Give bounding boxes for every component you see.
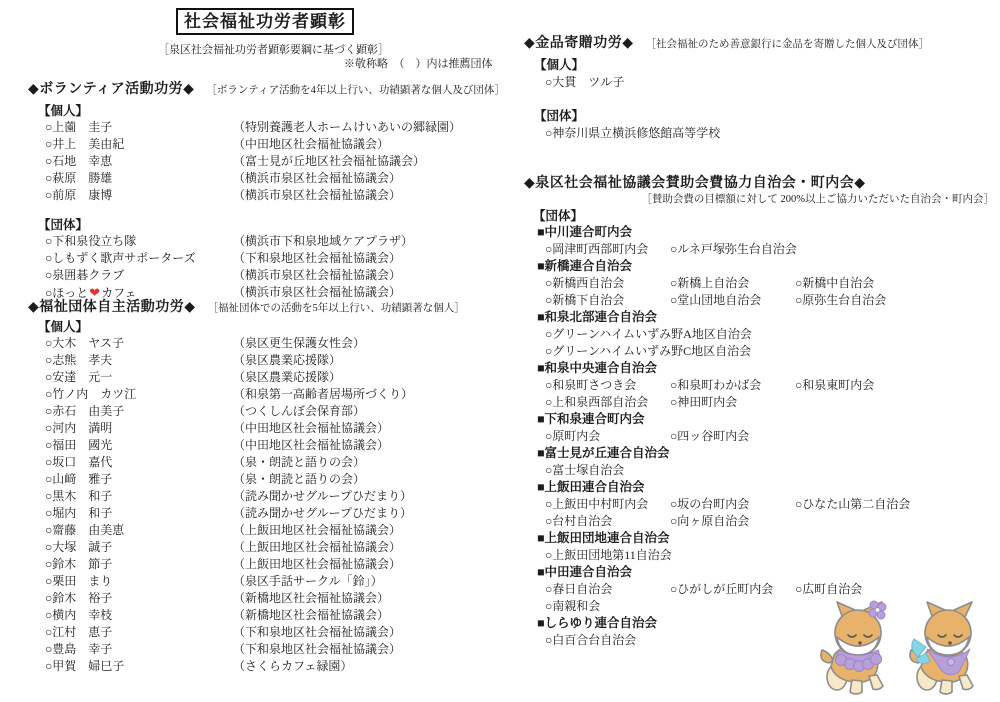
council-name: ○南親和会 <box>545 598 670 615</box>
awardee-row: ○泉囲碁クラブ （横浜市泉区社会福祉協議会） <box>45 267 478 284</box>
recommending-org: （泉・朗読と語りの会） <box>233 471 365 488</box>
council-name: ○ひがしが丘町内会 <box>670 581 795 598</box>
recommending-org: （さくらカフェ緑園） <box>233 658 352 675</box>
recommending-org: （新橋地区社会福祉協議会） <box>233 607 389 624</box>
awardee-name: ○上薗 圭子 <box>45 119 233 136</box>
recommending-org: （横浜市泉区社会福祉協議会） <box>233 267 401 284</box>
awardee-row: ○鈴木 節子 （上飯田地区社会福祉協議会） <box>45 556 478 573</box>
awardee-name: ○竹ノ内 カツ江 <box>45 386 233 403</box>
awardee-row: ○江村 恵子 （下和泉地区社会福祉協議会） <box>45 624 478 641</box>
recommending-org: （下和泉地区社会福祉協議会） <box>233 641 401 658</box>
recommending-org: （和泉第一高齢者居場所づくり） <box>233 386 413 403</box>
volunteer-group-list: ○下和泉役立ち隊 （横浜市下和泉地域ケアプラザ） ○しもずく歌声サポーターズ （… <box>28 233 478 302</box>
council-name: ○ひなた山第二自治会 <box>795 496 920 513</box>
awardee-row: ○堀内 和子 （読み聞かせグループひだまり） <box>45 505 478 522</box>
council-name: ■中川連合町内会 <box>537 224 638 241</box>
council-name: ○新橋下自治会 <box>545 292 670 309</box>
council-name: ○岡津町西部町内会 <box>545 241 670 258</box>
council-name: ○新橋西自治会 <box>545 275 670 292</box>
recommending-org: （読み聞かせグループひだまり） <box>233 505 412 522</box>
group-name-text: ○泉囲碁クラブ <box>45 268 124 282</box>
awardee-name: ○大塚 誠子 <box>45 539 233 556</box>
awardee-name: ○福田 國光 <box>45 437 233 454</box>
council-name: ○春日自治会 <box>545 581 670 598</box>
awardee-group-name: ○神奈川県立横浜修悠館高等学校 <box>545 125 994 142</box>
recommending-org: （読み聞かせグループひだまり） <box>233 488 412 505</box>
recommending-org: （下和泉地区社会福祉協議会） <box>233 624 401 641</box>
group-name-text: ○しもずく歌声サポーターズ <box>45 251 196 265</box>
awardee-row: ○山﨑 雅子 （泉・朗読と語りの会） <box>45 471 478 488</box>
awardee-row: ○赤石 由美子 （つくしんぼ会保育部） <box>45 403 478 420</box>
support-line: ■下和泉連合町内会 <box>537 411 994 428</box>
awardee-name: ○安達 元一 <box>45 369 233 386</box>
council-name: ○四ッ谷町内会 <box>670 428 795 445</box>
group-name-text: ○下和泉役立ち隊 <box>45 234 136 248</box>
awardee-name: ○坂口 嘉代 <box>45 454 233 471</box>
support-line: ○台村自治会 ○向ヶ原自治会 <box>545 513 994 530</box>
group-category-label: 【団体】 <box>534 108 994 124</box>
support-section-heading: ◆泉区社会福祉協議会賛助会費協力自治会・町内会◆ <box>524 172 994 190</box>
awardee-row: ○齋藤 由美恵 （上飯田地区社会福祉協議会） <box>45 522 478 539</box>
council-name: ○新橋上自治会 <box>670 275 795 292</box>
council-name: ○グリーンハイムいずみ野A地区自治会 <box>545 326 758 343</box>
awardee-row: ○福田 國光 （中田地区社会福祉協議会） <box>45 437 478 454</box>
support-line: ■富士見が丘連合自治会 <box>537 445 994 462</box>
council-name: ■中田連合自治会 <box>537 564 638 581</box>
awardee-name: ○鈴木 裕子 <box>45 590 233 607</box>
awardee-name: ○志熊 孝夫 <box>45 352 233 369</box>
council-name: ○原町内会 <box>545 428 670 445</box>
awardee-group-name: ○しもずく歌声サポーターズ <box>45 250 233 267</box>
recommending-org: （泉区手話サークル「鈴」） <box>233 573 383 590</box>
section-criteria-note: ［社会福祉のため善意銀行に金品を寄贈した個人及び団体］ <box>646 36 930 51</box>
individual-category-label: 【個人】 <box>38 103 478 119</box>
support-line: ○グリーンハイムいずみ野A地区自治会 <box>545 326 994 343</box>
support-council-list: ■中川連合町内会 ○岡津町西部町内会 ○ルネ戸塚弥生台自治会 ■新橋連合自治会 <box>524 224 994 649</box>
council-name: ○上飯田団地第11自治会 <box>545 547 678 564</box>
welfare-section: ◆福祉団体自主活動功労◆ ［福祉団体での活動を5年以上行い、功績顕著な個人］ 【… <box>28 296 478 675</box>
recommending-org: （中田地区社会福祉協議会） <box>233 420 389 437</box>
page-title: 社会福祉功労者顕彰 <box>176 8 354 35</box>
council-name: ■和泉中央連合自治会 <box>537 360 663 377</box>
council-name: ○新橋中自治会 <box>795 275 920 292</box>
awardee-name: ○栗田 まり <box>45 573 233 590</box>
council-name: ○向ヶ原自治会 <box>670 513 795 530</box>
awardee-name: ○黒木 和子 <box>45 488 233 505</box>
awardee-row: ○河内 満明 （中田地区社会福祉協議会） <box>45 420 478 437</box>
recommending-org: （新橋地区社会福祉協議会） <box>233 590 389 607</box>
awardee-row: ○志熊 孝夫 （泉区農業応援隊） <box>45 352 478 369</box>
section-title: ◆福祉団体自主活動功労◆ <box>28 296 196 316</box>
recommending-org: （上飯田地区社会福祉協議会） <box>233 539 401 556</box>
awardee-name: ○豊島 幸子 <box>45 641 233 658</box>
awardee-name: ○石地 幸恵 <box>45 153 233 170</box>
council-name: ○原弥生台自治会 <box>795 292 920 309</box>
volunteer-section: ◆ボランティア活動功労◆ ［ボランティア活動を4年以上行い、功績顕著な個人及び団… <box>28 78 478 302</box>
support-line: ■上飯田団地連合自治会 <box>537 530 994 547</box>
awardee-row: ○大塚 誠子 （上飯田地区社会福祉協議会） <box>45 539 478 556</box>
council-name: ■しらゆり連合自治会 <box>537 615 663 632</box>
recommending-org: （泉・朗読と語りの会） <box>233 454 365 471</box>
awardee-name: ○赤石 由美子 <box>45 403 233 420</box>
recommending-org: （横浜市下和泉地域ケアプラザ） <box>233 233 413 250</box>
recommending-org: （横浜市泉区社会福祉協議会） <box>233 187 401 204</box>
awardee-name: ○萩原 勝雄 <box>45 170 233 187</box>
individual-category-label: 【個人】 <box>38 319 478 335</box>
recommending-org: （泉区農業応援隊） <box>233 369 341 386</box>
support-line: ■和泉北部連合自治会 <box>537 309 994 326</box>
council-name: ○富士塚自治会 <box>545 462 670 479</box>
awardee-name: ○前原 康博 <box>45 187 233 204</box>
recommending-org: （泉区農業応援隊） <box>233 352 341 369</box>
shiba-puppy-with-bandana-icon <box>904 597 992 697</box>
recommending-org: （泉区更生保護女性会） <box>233 335 365 352</box>
support-line: ○上飯田団地第11自治会 <box>545 547 994 564</box>
awardee-row: ○下和泉役立ち隊 （横浜市下和泉地域ケアプラザ） <box>45 233 478 250</box>
donation-section-heading: ◆金品寄贈功労◆ ［社会福祉のため善意銀行に金品を寄贈した個人及び団体］ <box>524 32 994 50</box>
council-name: ○上和泉西部自治会 <box>545 394 670 411</box>
awardee-row: ○竹ノ内 カツ江 （和泉第一高齢者居場所づくり） <box>45 386 478 403</box>
support-line: ○グリーンハイムいずみ野C地区自治会 <box>545 343 994 360</box>
council-name: ○和泉町さつき会 <box>545 377 670 394</box>
support-section: ◆泉区社会福祉協議会賛助会費協力自治会・町内会◆ ［賛助会費の目標額に対して 2… <box>524 172 994 649</box>
donation-section: ◆金品寄贈功労◆ ［社会福祉のため善意銀行に金品を寄贈した個人及び団体］ 【個人… <box>524 32 994 142</box>
awardee-name: ○横内 幸枝 <box>45 607 233 624</box>
council-name: ○神田町内会 <box>670 394 795 411</box>
council-name: ○グリーンハイムいずみ野C地区自治会 <box>545 343 757 360</box>
group-category-label: 【団体】 <box>38 217 478 233</box>
awardee-row: ○栗田 まり （泉区手話サークル「鈴」） <box>45 573 478 590</box>
awardee-row: ○安達 元一 （泉区農業応援隊） <box>45 369 478 386</box>
awardee-name: ○江村 恵子 <box>45 624 233 641</box>
recommending-org: （上飯田地区社会福祉協議会） <box>233 522 401 539</box>
awardee-row: ○萩原 勝雄 （横浜市泉区社会福祉協議会） <box>45 170 478 187</box>
council-name: ○和泉町わかば会 <box>670 377 795 394</box>
recommending-org: （下和泉地区社会福祉協議会） <box>233 250 401 267</box>
council-name: ○ルネ戸塚弥生台自治会 <box>670 241 803 258</box>
awardee-row: ○豊島 幸子 （下和泉地区社会福祉協議会） <box>45 641 478 658</box>
recommending-org: （特別養護老人ホームけいあいの郷緑園） <box>233 119 461 136</box>
council-name: ■上飯田連合自治会 <box>537 479 651 496</box>
awardee-name: ○大木 ヤス子 <box>45 335 233 352</box>
support-line: ○和泉町さつき会 ○和泉町わかば会 ○和泉東町内会 <box>545 377 994 394</box>
welfare-section-heading: ◆福祉団体自主活動功労◆ ［福祉団体での活動を5年以上行い、功績顕著な個人］ <box>28 296 478 314</box>
award-document-page: 社会福祉功労者顕彰 ［泉区社会福祉功労者顕彰要綱に基づく顕彰］ ※敬称略 （ ）… <box>0 0 1000 702</box>
awardee-name: ○堀内 和子 <box>45 505 233 522</box>
awardee-row: ○前原 康博 （横浜市泉区社会福祉協議会） <box>45 187 478 204</box>
volunteer-individual-list: ○上薗 圭子 （特別養護老人ホームけいあいの郷緑園） ○井上 美由紀 （中田地区… <box>28 119 478 204</box>
awardee-name: ○齋藤 由美恵 <box>45 522 233 539</box>
awardee-row: ○横内 幸枝 （新橋地区社会福祉協議会） <box>45 607 478 624</box>
council-name: ■下和泉連合町内会 <box>537 411 651 428</box>
section-title: ◆泉区社会福祉協議会賛助会費協力自治会・町内会◆ <box>524 172 866 192</box>
support-line: ■中川連合町内会 <box>537 224 994 241</box>
council-name: ■富士見が丘連合自治会 <box>537 445 676 462</box>
awardee-name: ○河内 満明 <box>45 420 233 437</box>
awardee-name: ○鈴木 節子 <box>45 556 233 573</box>
support-line: ■中田連合自治会 <box>537 564 994 581</box>
recommending-org: （富士見が丘地区社会福祉協議会） <box>233 153 425 170</box>
awardee-row: ○しもずく歌声サポーターズ （下和泉地区社会福祉協議会） <box>45 250 478 267</box>
support-line: ○上和泉西部自治会 ○神田町内会 <box>545 394 994 411</box>
council-name: ■和泉北部連合自治会 <box>537 309 663 326</box>
group-category-label: 【団体】 <box>533 208 994 224</box>
recommending-org: （上飯田地区社会福祉協議会） <box>233 556 401 573</box>
awardee-row: ○大木 ヤス子 （泉区更生保護女性会） <box>45 335 478 352</box>
council-name: ○上飯田中村町内会 <box>545 496 670 513</box>
council-name: ■上飯田団地連合自治会 <box>537 530 676 547</box>
support-line: ○原町内会 ○四ッ谷町内会 <box>545 428 994 445</box>
section-title: ◆金品寄贈功労◆ <box>524 32 634 52</box>
awardee-group-name: ○下和泉役立ち隊 <box>45 233 233 250</box>
awardee-row: ○上薗 圭子 （特別養護老人ホームけいあいの郷緑園） <box>45 119 478 136</box>
recommending-org: （中田地区社会福祉協議会） <box>233 437 389 454</box>
support-line: ○春日自治会 ○ひがしが丘町内会 ○広町自治会 <box>545 581 994 598</box>
support-line: ○新橋下自治会 ○堂山団地自治会 ○原弥生台自治会 <box>545 292 994 309</box>
awardee-name: ○山﨑 雅子 <box>45 471 233 488</box>
support-line: ○新橋西自治会 ○新橋上自治会 ○新橋中自治会 <box>545 275 994 292</box>
honorific-note: ※敬称略 （ ）内は推薦団体 <box>344 55 493 71</box>
awardee-name: ○甲賀 婦巳子 <box>45 658 233 675</box>
support-line: ○上飯田中村町内会 ○坂の台町内会 ○ひなた山第二自治会 <box>545 496 994 513</box>
support-line: ■新橋連合自治会 <box>537 258 994 275</box>
awardee-name: ○井上 美由紀 <box>45 136 233 153</box>
support-line: ○岡津町西部町内会 ○ルネ戸塚弥生台自治会 <box>545 241 994 258</box>
council-name: ○広町自治会 <box>795 581 920 598</box>
awardee-row: ○井上 美由紀 （中田地区社会福祉協議会） <box>45 136 478 153</box>
support-line: ■上飯田連合自治会 <box>537 479 994 496</box>
council-name: ○台村自治会 <box>545 513 670 530</box>
council-name: ■新橋連合自治会 <box>537 258 638 275</box>
section-criteria-note: ［ボランティア活動を4年以上行い、功績顕著な個人及び団体］ <box>206 82 504 97</box>
recommending-org: （横浜市泉区社会福祉協議会） <box>233 170 401 187</box>
awardee-row: ○鈴木 裕子 （新橋地区社会福祉協議会） <box>45 590 478 607</box>
awardee-row: ○黒木 和子 （読み聞かせグループひだまり） <box>45 488 478 505</box>
awardee-row: ○石地 幸恵 （富士見が丘地区社会福祉協議会） <box>45 153 478 170</box>
welfare-individual-list: ○大木 ヤス子 （泉区更生保護女性会） ○志熊 孝夫 （泉区農業応援隊） ○安達… <box>28 335 478 675</box>
awardee-name: ○大貫 ツル子 <box>545 74 994 91</box>
mascot-illustrations <box>816 597 992 697</box>
section-criteria-note: ［福祉団体での活動を5年以上行い、功績顕著な個人］ <box>208 300 465 315</box>
recommending-org: （中田地区社会福祉協議会） <box>233 136 389 153</box>
support-line: ■和泉中央連合自治会 <box>537 360 994 377</box>
awardee-row: ○坂口 嘉代 （泉・朗読と語りの会） <box>45 454 478 471</box>
shiba-puppy-with-flower-icon <box>816 597 900 697</box>
recommending-org: （つくしんぼ会保育部） <box>233 403 365 420</box>
volunteer-section-heading: ◆ボランティア活動功労◆ ［ボランティア活動を4年以上行い、功績顕著な個人及び団… <box>28 78 478 96</box>
council-name: ○坂の台町内会 <box>670 496 795 513</box>
awardee-row: ○甲賀 婦巳子 （さくらカフェ緑園） <box>45 658 478 675</box>
section-title: ◆ボランティア活動功労◆ <box>28 78 194 98</box>
council-name: ○和泉東町内会 <box>795 377 920 394</box>
awardee-group-name: ○泉囲碁クラブ <box>45 267 233 284</box>
council-name: ○堂山団地自治会 <box>670 292 795 309</box>
support-line: ○富士塚自治会 <box>545 462 994 479</box>
individual-category-label: 【個人】 <box>534 57 994 73</box>
section-criteria-note: ［賛助会費の目標額に対して 200%以上ご協力いただいた自治会・町内会］ <box>524 192 994 207</box>
council-name: ○白百合台自治会 <box>545 632 670 649</box>
